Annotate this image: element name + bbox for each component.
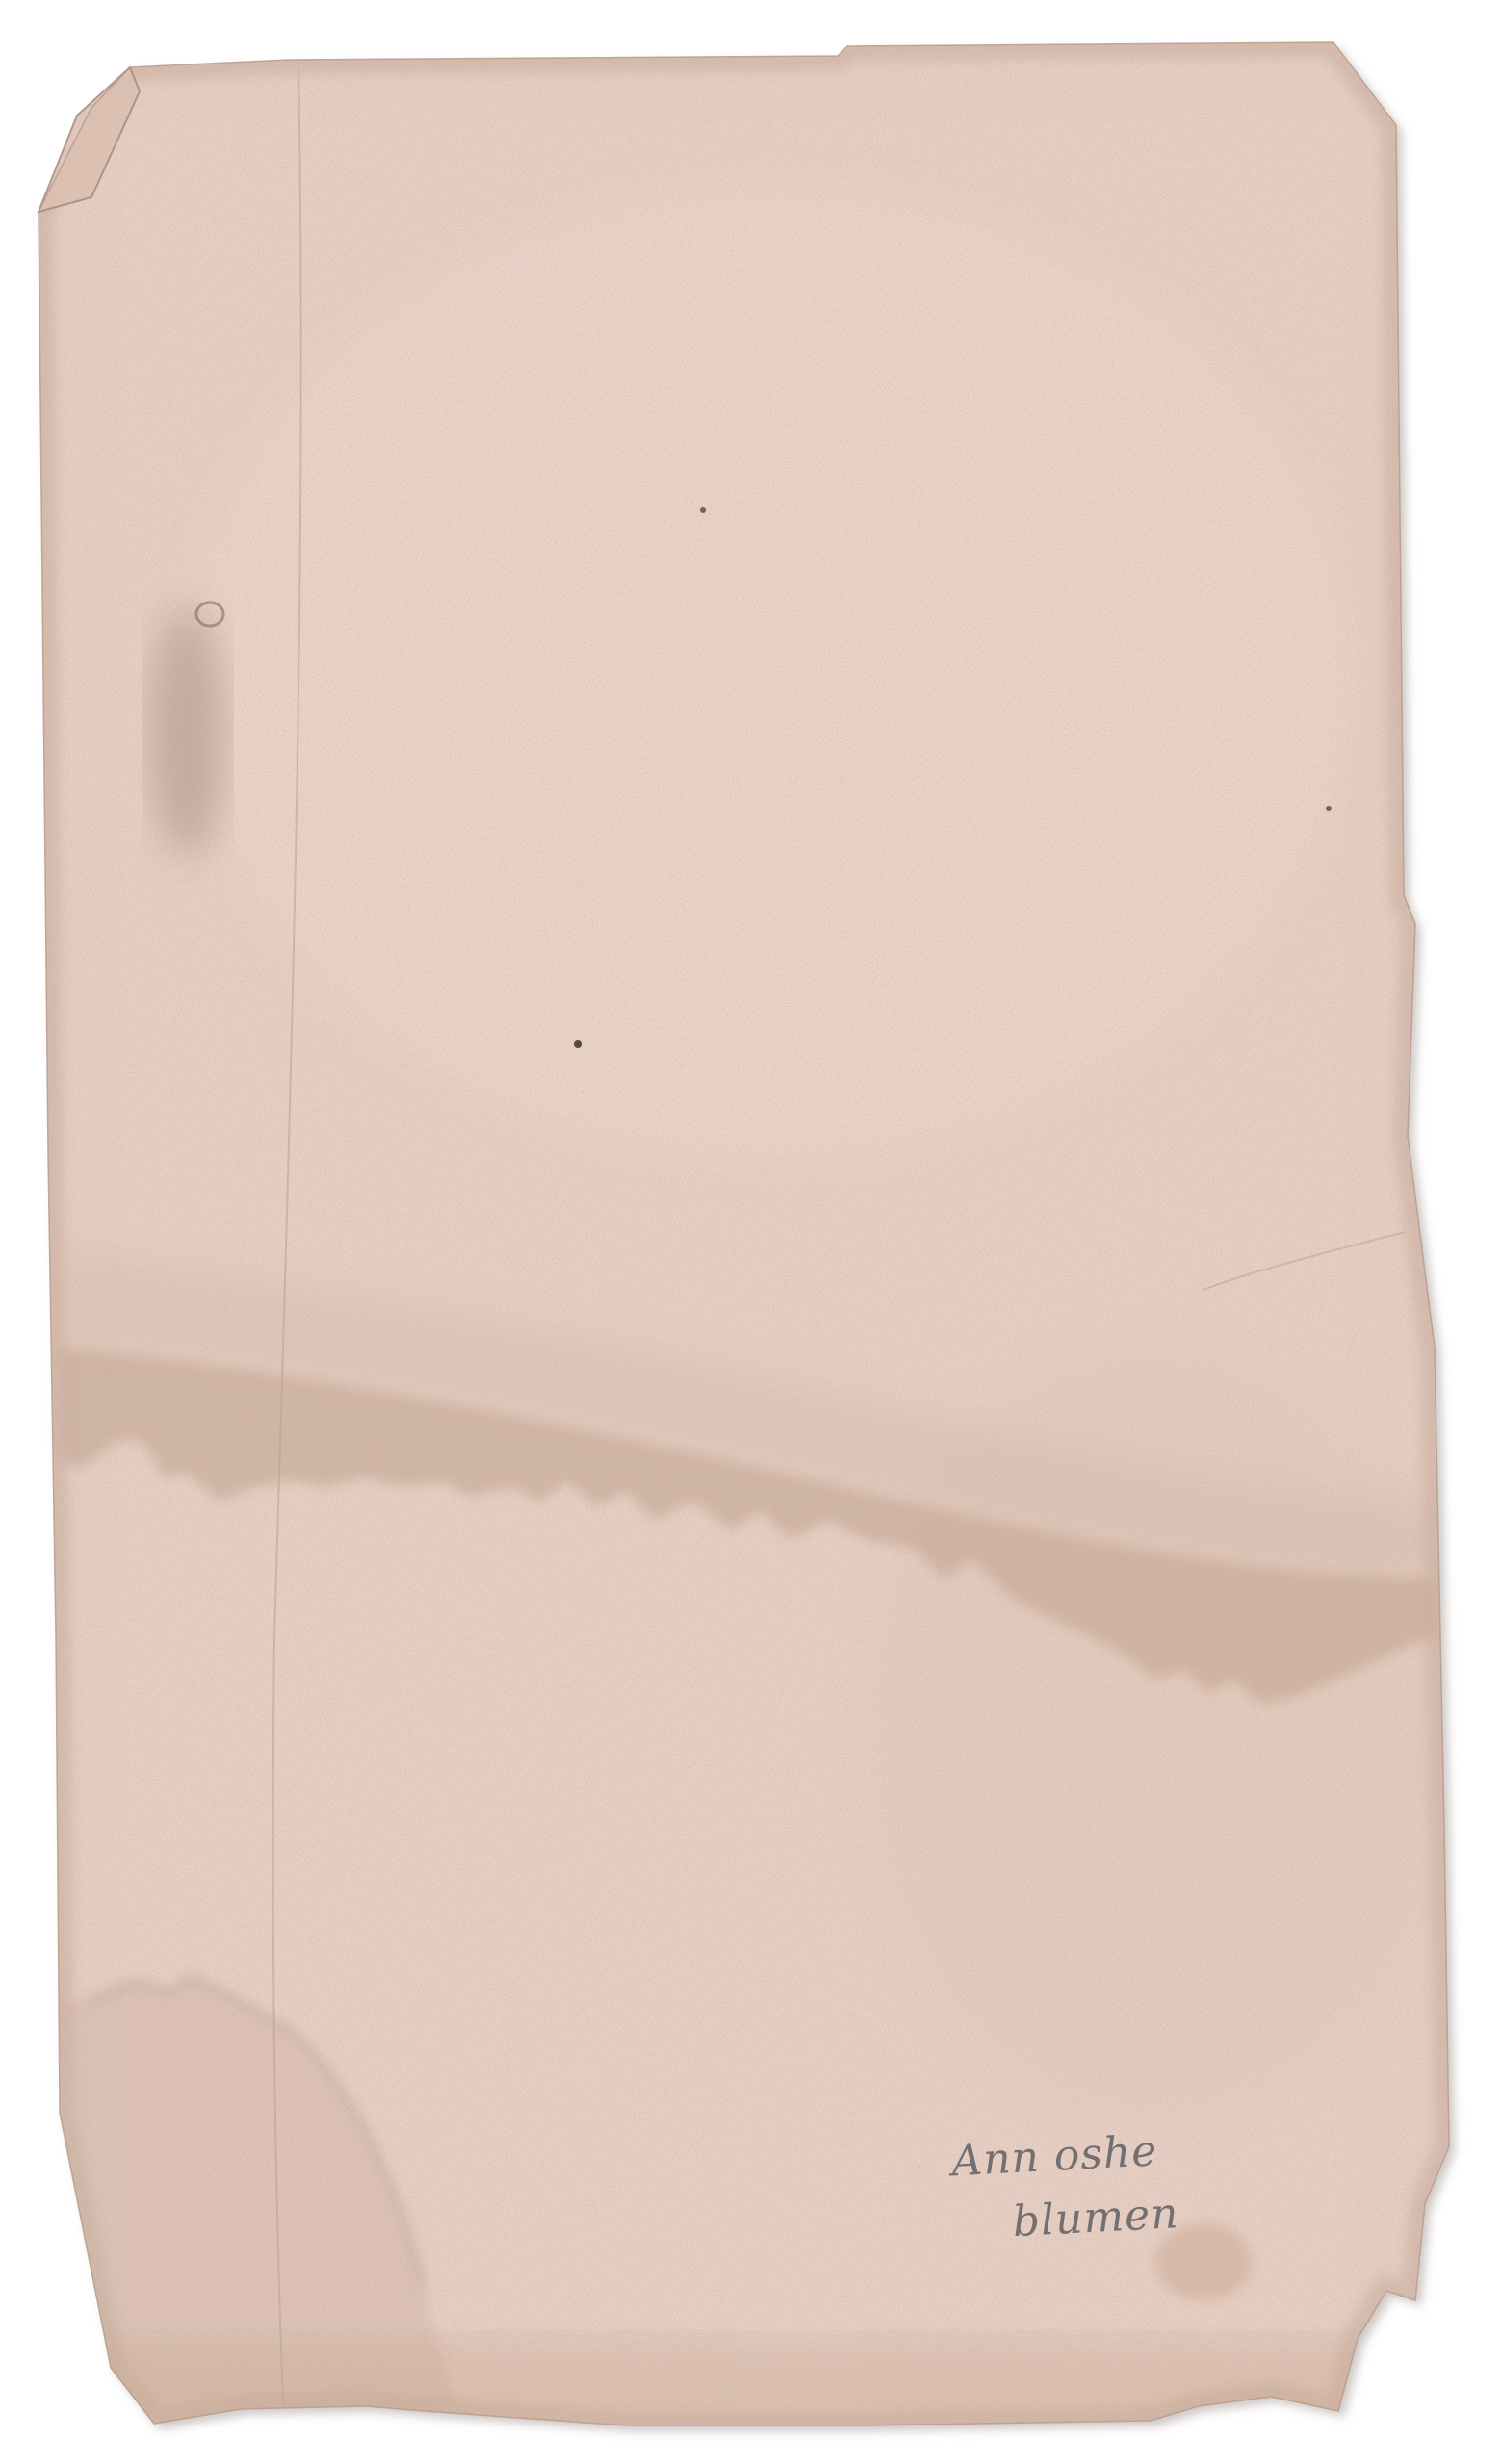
pencil-annotation: Ann oshe blumen xyxy=(950,2115,1264,2258)
document-scan: Ann oshe blumen xyxy=(0,0,1501,2464)
paper-sheet xyxy=(0,0,1501,2464)
